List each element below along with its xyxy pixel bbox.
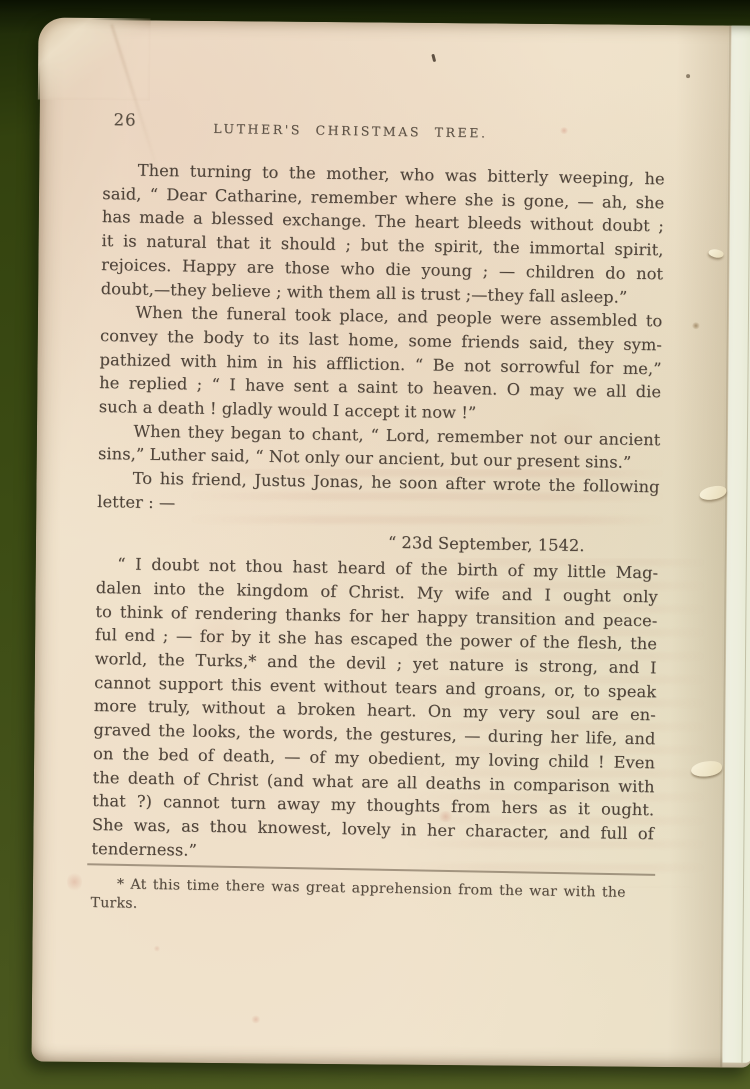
scan-background: { "colors": { "background": "#3c4c14", "… bbox=[0, 0, 750, 1089]
paper-stain bbox=[153, 946, 160, 952]
paragraph: Then turning to the mother, who was bitt… bbox=[101, 158, 665, 310]
page-content: 26 LUTHER'S CHRISTMAS TREE. Then turning… bbox=[90, 110, 665, 923]
gutter-shadow bbox=[667, 25, 728, 1067]
running-title: LUTHER'S CHRISTMAS TREE. bbox=[69, 109, 631, 147]
ink-speck bbox=[431, 54, 436, 62]
book-page: 26 LUTHER'S CHRISTMAS TREE. Then turning… bbox=[31, 20, 750, 1068]
body-text: Then turning to the mother, who was bitt… bbox=[97, 158, 665, 523]
footnote: * At this time there was great apprehens… bbox=[90, 875, 653, 922]
paper-stain bbox=[251, 1015, 261, 1023]
paper-stain bbox=[692, 322, 700, 329]
paragraph: When the funeral took place, and people … bbox=[99, 300, 663, 428]
paper-stain bbox=[67, 872, 82, 892]
scanned-book-photo: 26 LUTHER'S CHRISTMAS TREE. Then turning… bbox=[0, 0, 750, 1089]
page-corner-curl bbox=[38, 17, 151, 100]
paragraph: “ I doubt not thou hast heard of the bir… bbox=[91, 552, 658, 869]
ink-speck bbox=[686, 74, 690, 78]
letter-text: “ I doubt not thou hast heard of the bir… bbox=[91, 552, 658, 869]
page-header: 26 LUTHER'S CHRISTMAS TREE. bbox=[103, 110, 665, 143]
paragraph: To his friend, Justus Jonas, he soon aft… bbox=[97, 466, 660, 523]
